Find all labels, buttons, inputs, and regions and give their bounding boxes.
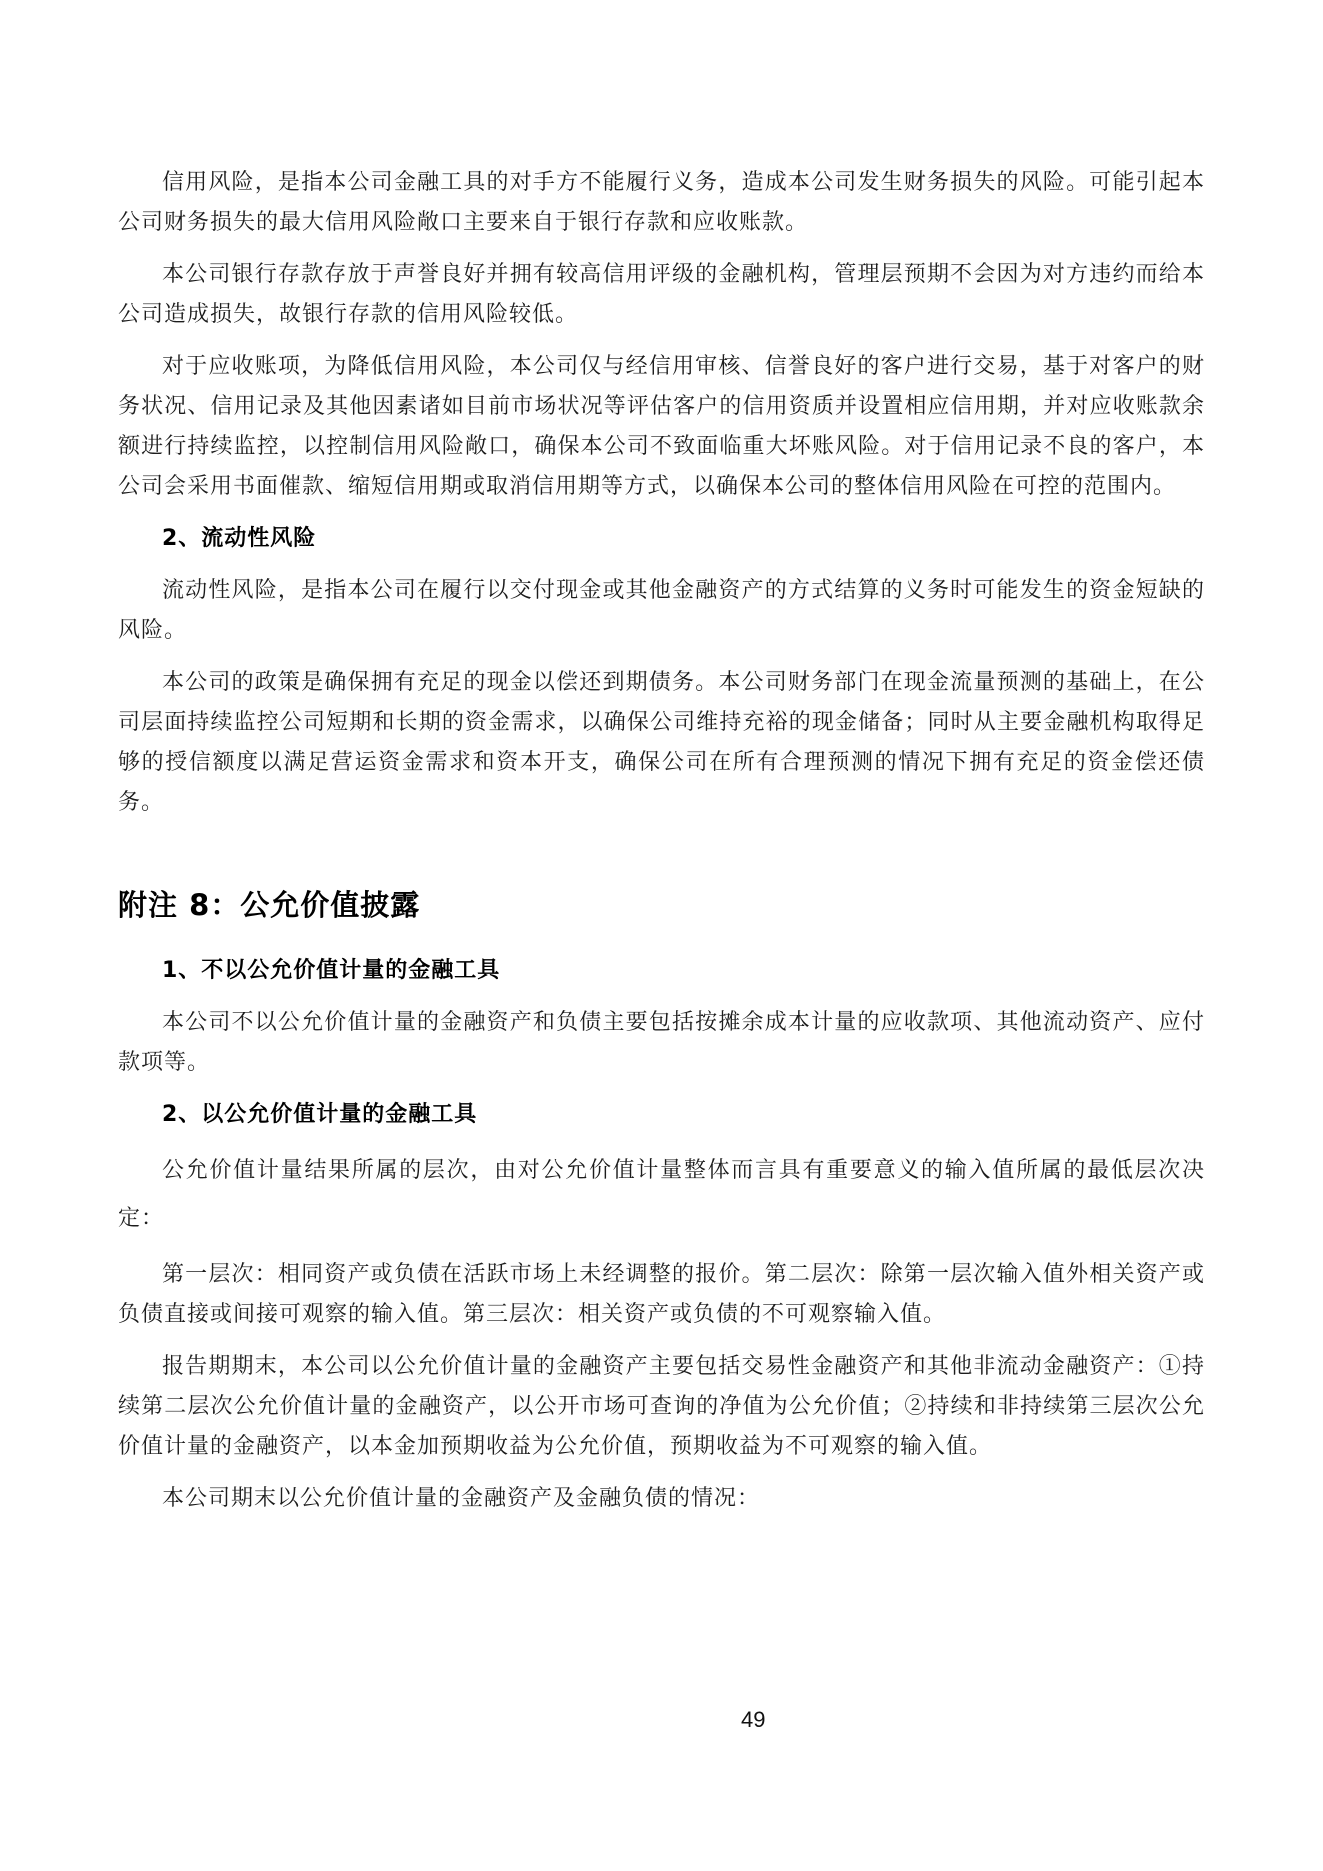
body-paragraph-hierarchy-levels: 第一层次：相同资产或负债在活跃市场上未经调整的报价。第二层次：除第一层次输入值外… [118, 1255, 1205, 1335]
document-page: 信用风险，是指本公司金融工具的对手方不能履行义务，造成本公司发生财务损失的风险。… [0, 0, 1323, 1871]
body-paragraph-fair-value-hierarchy: 公允价值计量结果所属的层次，由对公允价值计量整体而言具有重要意义的输入值所属的最… [118, 1147, 1205, 1243]
section-heading-liquidity-risk: 2、流动性风险 [118, 519, 1205, 559]
chapter-heading-fair-value-disclosure: 附注 8：公允价值披露 [118, 883, 1205, 927]
body-paragraph-receivables-credit-control: 对于应收账项，为降低信用风险，本公司仅与经信用审核、信誉良好的客户进行交易，基于… [118, 347, 1205, 507]
body-paragraph-bank-deposits: 本公司银行存款存放于声誉良好并拥有较高信用评级的金融机构，管理层预期不会因为对方… [118, 255, 1205, 335]
body-paragraph-period-end-situation-intro: 本公司期末以公允价值计量的金融资产及金融负债的情况： [118, 1479, 1205, 1519]
body-paragraph-not-at-fair-value: 本公司不以公允价值计量的金融资产和负债主要包括按摊余成本计量的应收款项、其他流动… [118, 1003, 1205, 1083]
body-paragraph-period-end-assets: 报告期期末，本公司以公允价值计量的金融资产主要包括交易性金融资产和其他非流动金融… [118, 1347, 1205, 1467]
body-paragraph-liquidity-policy: 本公司的政策是确保拥有充足的现金以偿还到期债务。本公司财务部门在现金流量预测的基… [118, 663, 1205, 823]
body-paragraph-liquidity-risk-definition: 流动性风险，是指本公司在履行以交付现金或其他金融资产的方式结算的义务时可能发生的… [118, 571, 1205, 651]
page-number: 49 [741, 1706, 765, 1734]
section-heading-at-fair-value: 2、以公允价值计量的金融工具 [118, 1095, 1205, 1135]
body-paragraph-credit-risk-definition: 信用风险，是指本公司金融工具的对手方不能履行义务，造成本公司发生财务损失的风险。… [118, 163, 1205, 243]
section-heading-not-at-fair-value: 1、不以公允价值计量的金融工具 [118, 951, 1205, 991]
document-body: 信用风险，是指本公司金融工具的对手方不能履行义务，造成本公司发生财务损失的风险。… [118, 163, 1205, 1531]
